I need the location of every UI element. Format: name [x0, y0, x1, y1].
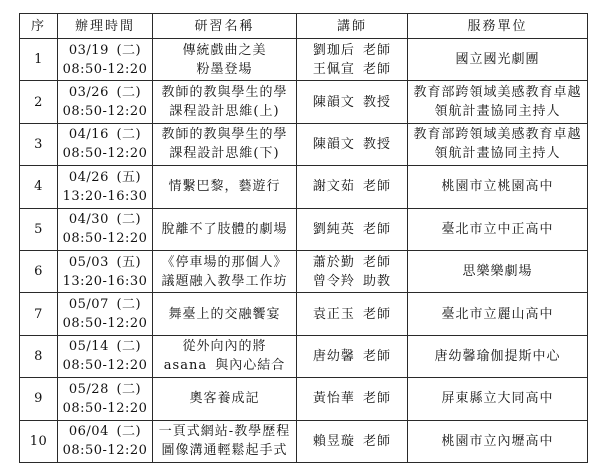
workshop-schedule-table: 序 辦理時間 研習名稱 講師 服務單位 1 03/19 (二) 08:50-12…	[19, 13, 588, 463]
lecturer-line-1: 劉純英 老師	[299, 220, 405, 239]
cell-time: 04/16 (二) 08:50-12:20	[58, 123, 153, 165]
cell-number: 6	[20, 250, 58, 292]
header-time: 辦理時間	[58, 14, 153, 39]
cell-time: 03/19 (二) 08:50-12:20	[58, 39, 153, 81]
session-hours: 08:50-12:20	[60, 314, 150, 333]
cell-time: 05/28 (二) 08:50-12:20	[58, 378, 153, 420]
session-hours: 08:50-12:20	[60, 356, 150, 375]
cell-service-unit: 教育部跨領域美感教育卓越 領航計畫協同主持人	[408, 123, 588, 165]
cell-service-unit: 屏東縣立大同高中	[408, 378, 588, 420]
cell-lecturer: 劉純英 老師	[297, 208, 408, 250]
cell-course-name: 奧客養成記	[153, 378, 297, 420]
row-number: 9	[22, 389, 55, 408]
session-hours: 08:50-12:20	[60, 229, 150, 248]
session-date: 06/04 (二)	[60, 422, 150, 441]
lecturer-line-1: 陳韻文 教授	[299, 93, 405, 112]
table-row: 8 05/14 (二) 08:50-12:20 從外向內的將 asana 與內心…	[20, 335, 588, 377]
session-hours: 08:50-12:20	[60, 102, 150, 121]
lecturer-line-1: 黃怡華 老師	[299, 389, 405, 408]
cell-time: 05/03 (五) 13:20-16:30	[58, 250, 153, 292]
cell-course-name: 舞臺上的交融饗宴	[153, 293, 297, 335]
cell-service-unit: 臺北市立中正高中	[408, 208, 588, 250]
row-number: 7	[22, 305, 55, 324]
lecturer-line-1: 唐幼馨 老師	[299, 347, 405, 366]
session-hours: 13:20-16:30	[60, 272, 150, 291]
course-name-line-1: 奧客養成記	[155, 389, 294, 408]
service-unit-line-1: 桃園市立內壢高中	[410, 432, 585, 451]
cell-course-name: 傳統戲曲之美 粉墨登場	[153, 39, 297, 81]
session-date: 04/26 (五)	[60, 168, 150, 187]
cell-service-unit: 思樂樂劇場	[408, 250, 588, 292]
service-unit-line-1: 教育部跨領域美感教育卓越	[410, 125, 585, 144]
row-number: 6	[22, 262, 55, 281]
course-name-line-1: 脫離不了肢體的劇場	[155, 220, 294, 239]
cell-course-name: 《停車場的那個人》 議題融入教學工作坊	[153, 250, 297, 292]
table-row: 10 06/04 (二) 08:50-12:20 一頁式網站-教學歷程 圖像溝通…	[20, 420, 588, 462]
document-page: 序 辦理時間 研習名稱 講師 服務單位 1 03/19 (二) 08:50-12…	[0, 0, 612, 476]
cell-time: 06/04 (二) 08:50-12:20	[58, 420, 153, 462]
session-hours: 08:50-12:20	[60, 60, 150, 79]
cell-number: 8	[20, 335, 58, 377]
lecturer-line-2: 曾令羚 助教	[299, 272, 405, 291]
cell-lecturer: 賴昱璇 老師	[297, 420, 408, 462]
table-row: 5 04/30 (二) 08:50-12:20 脫離不了肢體的劇場 劉純英 老師…	[20, 208, 588, 250]
header-row: 序 辦理時間 研習名稱 講師 服務單位	[20, 14, 588, 39]
course-name-line-1: 舞臺上的交融饗宴	[155, 305, 294, 324]
header-service-unit: 服務單位	[408, 14, 588, 39]
row-number: 5	[22, 220, 55, 239]
table-row: 6 05/03 (五) 13:20-16:30 《停車場的那個人》 議題融入教學…	[20, 250, 588, 292]
service-unit-line-1: 臺北市立中正高中	[410, 220, 585, 239]
cell-lecturer: 陳韻文 教授	[297, 81, 408, 123]
table-row: 2 03/26 (二) 08:50-12:20 教師的教與學生的學 課程設計思維…	[20, 81, 588, 123]
cell-lecturer: 劉珈后 老師 王佩宣 老師	[297, 39, 408, 81]
session-date: 05/28 (二)	[60, 380, 150, 399]
session-hours: 13:20-16:30	[60, 187, 150, 206]
course-name-line-1: 教師的教與學生的學	[155, 83, 294, 102]
lecturer-line-1: 陳韻文 教授	[299, 135, 405, 154]
lecturer-line-1: 劉珈后 老師	[299, 41, 405, 60]
session-hours: 08:50-12:20	[60, 399, 150, 418]
course-name-line-2: 課程設計思維(上)	[155, 102, 294, 121]
cell-time: 05/14 (二) 08:50-12:20	[58, 335, 153, 377]
row-number: 8	[22, 347, 55, 366]
cell-lecturer: 陳韻文 教授	[297, 123, 408, 165]
cell-course-name: 脫離不了肢體的劇場	[153, 208, 297, 250]
course-name-line-1: 《停車場的那個人》	[155, 253, 294, 272]
cell-lecturer: 袁正玉 老師	[297, 293, 408, 335]
session-date: 04/16 (二)	[60, 125, 150, 144]
service-unit-line-1: 臺北市立麗山高中	[410, 305, 585, 324]
lecturer-line-2: 王佩宣 老師	[299, 60, 405, 79]
course-name-line-2: 粉墨登場	[155, 60, 294, 79]
cell-number: 10	[20, 420, 58, 462]
cell-course-name: 教師的教與學生的學 課程設計思維(下)	[153, 123, 297, 165]
header-number: 序	[20, 14, 58, 39]
cell-service-unit: 臺北市立麗山高中	[408, 293, 588, 335]
course-name-line-1: 傳統戲曲之美	[155, 41, 294, 60]
service-unit-line-1: 桃園市立桃園高中	[410, 177, 585, 196]
service-unit-line-1: 教育部跨領域美感教育卓越	[410, 83, 585, 102]
service-unit-line-1: 屏東縣立大同高中	[410, 389, 585, 408]
cell-lecturer: 蕭於勤 老師 曾令羚 助教	[297, 250, 408, 292]
header-course-name: 研習名稱	[153, 14, 297, 39]
row-number: 3	[22, 135, 55, 154]
header-lecturer: 講師	[297, 14, 408, 39]
cell-service-unit: 國立國光劇團	[408, 39, 588, 81]
cell-service-unit: 教育部跨領域美感教育卓越 領航計畫協同主持人	[408, 81, 588, 123]
session-date: 05/14 (二)	[60, 337, 150, 356]
session-hours: 08:50-12:20	[60, 144, 150, 163]
course-name-line-2: 議題融入教學工作坊	[155, 272, 294, 291]
table-row: 3 04/16 (二) 08:50-12:20 教師的教與學生的學 課程設計思維…	[20, 123, 588, 165]
course-name-line-2: asana 與內心結合	[155, 356, 294, 375]
course-name-line-1: 情繫巴黎，藝遊行	[155, 177, 294, 196]
row-number: 4	[22, 177, 55, 196]
cell-lecturer: 謝文茹 老師	[297, 166, 408, 208]
row-number: 2	[22, 93, 55, 112]
cell-time: 04/26 (五) 13:20-16:30	[58, 166, 153, 208]
course-name-line-1: 教師的教與學生的學	[155, 125, 294, 144]
lecturer-line-1: 袁正玉 老師	[299, 305, 405, 324]
course-name-line-2: 課程設計思維(下)	[155, 144, 294, 163]
cell-number: 7	[20, 293, 58, 335]
session-date: 04/30 (二)	[60, 210, 150, 229]
session-date: 05/07 (二)	[60, 295, 150, 314]
cell-number: 3	[20, 123, 58, 165]
lecturer-line-1: 謝文茹 老師	[299, 177, 405, 196]
cell-time: 03/26 (二) 08:50-12:20	[58, 81, 153, 123]
table-row: 4 04/26 (五) 13:20-16:30 情繫巴黎，藝遊行 謝文茹 老師 …	[20, 166, 588, 208]
service-unit-line-2: 領航計畫協同主持人	[410, 144, 585, 163]
cell-course-name: 一頁式網站-教學歷程 圖像溝通輕鬆起手式	[153, 420, 297, 462]
cell-service-unit: 唐幼馨瑜伽提斯中心	[408, 335, 588, 377]
cell-time: 05/07 (二) 08:50-12:20	[58, 293, 153, 335]
session-date: 03/19 (二)	[60, 41, 150, 60]
cell-number: 2	[20, 81, 58, 123]
cell-number: 9	[20, 378, 58, 420]
cell-service-unit: 桃園市立桃園高中	[408, 166, 588, 208]
cell-time: 04/30 (二) 08:50-12:20	[58, 208, 153, 250]
lecturer-line-1: 賴昱璇 老師	[299, 432, 405, 451]
course-name-line-1: 一頁式網站-教學歷程	[155, 422, 294, 441]
cell-lecturer: 黃怡華 老師	[297, 378, 408, 420]
course-name-line-2: 圖像溝通輕鬆起手式	[155, 441, 294, 460]
service-unit-line-1: 國立國光劇團	[410, 50, 585, 69]
cell-service-unit: 桃園市立內壢高中	[408, 420, 588, 462]
table-row: 7 05/07 (二) 08:50-12:20 舞臺上的交融饗宴 袁正玉 老師 …	[20, 293, 588, 335]
session-date: 05/03 (五)	[60, 253, 150, 272]
course-name-line-1: 從外向內的將	[155, 337, 294, 356]
cell-number: 1	[20, 39, 58, 81]
cell-lecturer: 唐幼馨 老師	[297, 335, 408, 377]
session-date: 03/26 (二)	[60, 83, 150, 102]
lecturer-line-1: 蕭於勤 老師	[299, 253, 405, 272]
service-unit-line-1: 思樂樂劇場	[410, 262, 585, 281]
cell-course-name: 從外向內的將 asana 與內心結合	[153, 335, 297, 377]
table-row: 1 03/19 (二) 08:50-12:20 傳統戲曲之美 粉墨登場 劉珈后 …	[20, 39, 588, 81]
table-row: 9 05/28 (二) 08:50-12:20 奧客養成記 黃怡華 老師 屏東縣…	[20, 378, 588, 420]
cell-number: 4	[20, 166, 58, 208]
row-number: 10	[22, 432, 55, 451]
session-hours: 08:50-12:20	[60, 441, 150, 460]
cell-course-name: 情繫巴黎，藝遊行	[153, 166, 297, 208]
service-unit-line-2: 領航計畫協同主持人	[410, 102, 585, 121]
cell-number: 5	[20, 208, 58, 250]
cell-course-name: 教師的教與學生的學 課程設計思維(上)	[153, 81, 297, 123]
row-number: 1	[22, 50, 55, 69]
service-unit-line-1: 唐幼馨瑜伽提斯中心	[410, 347, 585, 366]
